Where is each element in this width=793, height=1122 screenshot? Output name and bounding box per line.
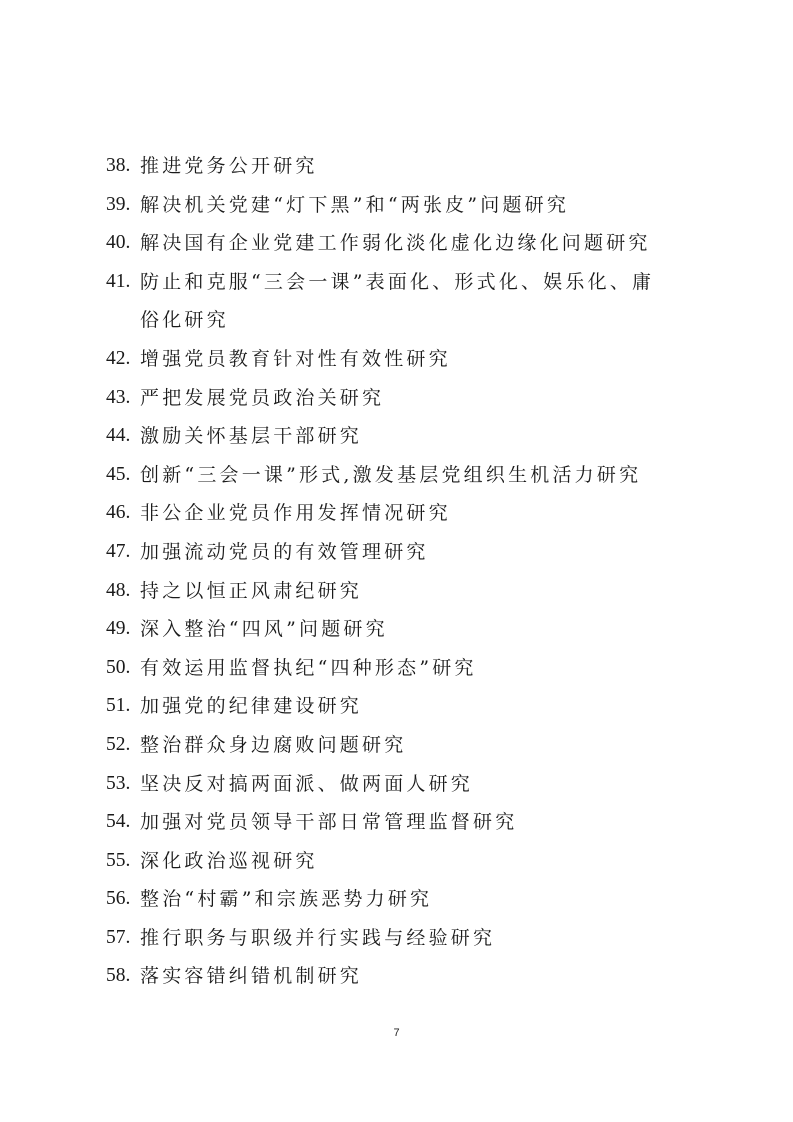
list-item: 56. 整治“村霸”和宗族恶势力研究 bbox=[106, 880, 666, 919]
item-text: 增强党员教育针对性有效性研究 bbox=[140, 340, 660, 379]
list-item: 53. 坚决反对搞两面派、做两面人研究 bbox=[106, 765, 666, 804]
item-text: 持之以恒正风肃纪研究 bbox=[140, 572, 660, 611]
item-number: 49. bbox=[106, 610, 140, 649]
item-text: 整治“村霸”和宗族恶势力研究 bbox=[140, 880, 660, 919]
item-number: 44. bbox=[106, 417, 140, 456]
item-text: 解决国有企业党建工作弱化淡化虚化边缘化问题研究 bbox=[140, 224, 660, 263]
item-text: 深化政治巡视研究 bbox=[140, 842, 660, 881]
item-number: 52. bbox=[106, 726, 140, 765]
list-item: 40. 解决国有企业党建工作弱化淡化虚化边缘化问题研究 bbox=[106, 224, 666, 263]
item-text: 加强对党员领导干部日常管理监督研究 bbox=[140, 803, 660, 842]
item-number: 47. bbox=[106, 533, 140, 572]
list-item: 45. 创新“三会一课”形式,激发基层党组织生机活力研究 bbox=[106, 456, 666, 495]
item-number: 58. bbox=[106, 957, 140, 996]
item-text: 坚决反对搞两面派、做两面人研究 bbox=[140, 765, 660, 804]
list-item: 58. 落实容错纠错机制研究 bbox=[106, 957, 666, 996]
item-text: 推行职务与职级并行实践与经验研究 bbox=[140, 919, 660, 958]
list-item: 47. 加强流动党员的有效管理研究 bbox=[106, 533, 666, 572]
document-page: 38. 推进党务公开研究 39. 解决机关党建“灯下黑”和“两张皮”问题研究 4… bbox=[0, 0, 793, 1122]
item-number: 50. bbox=[106, 649, 140, 688]
item-text: 激励关怀基层干部研究 bbox=[140, 417, 660, 456]
item-text: 严把发展党员政治关研究 bbox=[140, 379, 660, 418]
list-item: 55. 深化政治巡视研究 bbox=[106, 842, 666, 881]
item-number: 46. bbox=[106, 494, 140, 533]
list-item: 39. 解决机关党建“灯下黑”和“两张皮”问题研究 bbox=[106, 186, 666, 225]
item-number: 38. bbox=[106, 147, 140, 186]
list-item: 43. 严把发展党员政治关研究 bbox=[106, 379, 666, 418]
item-number: 51. bbox=[106, 687, 140, 726]
item-number: 39. bbox=[106, 186, 140, 225]
item-text: 深入整治“四风”问题研究 bbox=[140, 610, 660, 649]
item-text: 有效运用监督执纪“四种形态”研究 bbox=[140, 649, 660, 688]
item-number: 40. bbox=[106, 224, 140, 263]
item-text: 创新“三会一课”形式,激发基层党组织生机活力研究 bbox=[140, 456, 660, 495]
list-item: 42. 增强党员教育针对性有效性研究 bbox=[106, 340, 666, 379]
list-item: 41. 防止和克服“三会一课”表面化、形式化、娱乐化、庸俗化研究 bbox=[106, 263, 666, 340]
item-number: 53. bbox=[106, 765, 140, 804]
item-text: 推进党务公开研究 bbox=[140, 147, 660, 186]
item-number: 48. bbox=[106, 572, 140, 611]
item-number: 54. bbox=[106, 803, 140, 842]
item-text: 加强流动党员的有效管理研究 bbox=[140, 533, 660, 572]
item-number: 43. bbox=[106, 379, 140, 418]
item-text: 整治群众身边腐败问题研究 bbox=[140, 726, 660, 765]
list-item: 52. 整治群众身边腐败问题研究 bbox=[106, 726, 666, 765]
item-number: 42. bbox=[106, 340, 140, 379]
item-text: 非公企业党员作用发挥情况研究 bbox=[140, 494, 660, 533]
item-number: 56. bbox=[106, 880, 140, 919]
list-item: 50. 有效运用监督执纪“四种形态”研究 bbox=[106, 649, 666, 688]
list-item: 44. 激励关怀基层干部研究 bbox=[106, 417, 666, 456]
item-text: 落实容错纠错机制研究 bbox=[140, 957, 660, 996]
list-item: 49. 深入整治“四风”问题研究 bbox=[106, 610, 666, 649]
item-text: 解决机关党建“灯下黑”和“两张皮”问题研究 bbox=[140, 186, 660, 225]
item-number: 55. bbox=[106, 842, 140, 881]
list-item: 54. 加强对党员领导干部日常管理监督研究 bbox=[106, 803, 666, 842]
list-item: 57. 推行职务与职级并行实践与经验研究 bbox=[106, 919, 666, 958]
item-number: 57. bbox=[106, 919, 140, 958]
list-item: 46. 非公企业党员作用发挥情况研究 bbox=[106, 494, 666, 533]
item-text: 加强党的纪律建设研究 bbox=[140, 687, 660, 726]
item-number: 41. bbox=[106, 263, 140, 302]
list-item: 48. 持之以恒正风肃纪研究 bbox=[106, 572, 666, 611]
list-item: 38. 推进党务公开研究 bbox=[106, 147, 666, 186]
list-item: 51. 加强党的纪律建设研究 bbox=[106, 687, 666, 726]
research-topic-list: 38. 推进党务公开研究 39. 解决机关党建“灯下黑”和“两张皮”问题研究 4… bbox=[106, 147, 666, 996]
item-number: 45. bbox=[106, 456, 140, 495]
item-text: 防止和克服“三会一课”表面化、形式化、娱乐化、庸俗化研究 bbox=[140, 263, 660, 340]
page-number: 7 bbox=[0, 1027, 793, 1039]
